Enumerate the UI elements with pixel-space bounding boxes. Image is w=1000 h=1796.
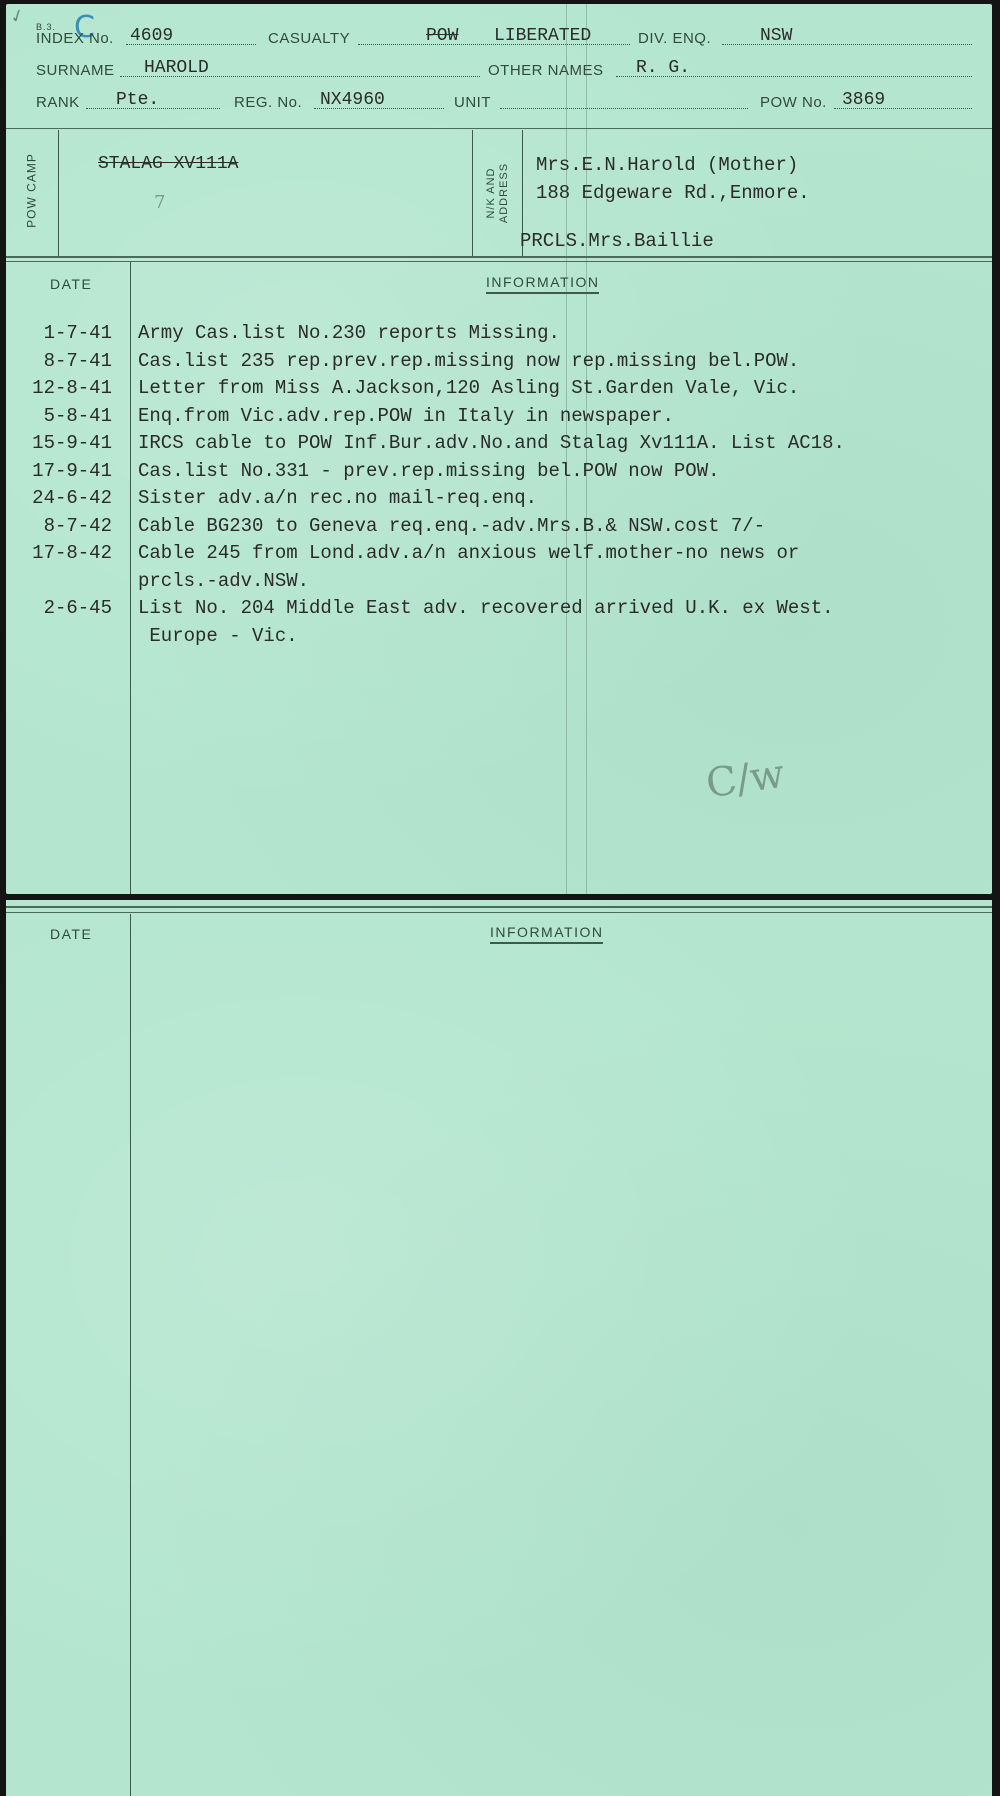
entry-date: 24-6-42 <box>6 487 112 509</box>
row-rank: RANK Pte. REG. No. NX4960 UNIT POW No. 3… <box>6 88 992 116</box>
entry-date: 5-8-41 <box>6 405 112 427</box>
nok-label-line2: ADDRESS <box>498 163 510 223</box>
entry-text: Letter from Miss A.Jackson,120 Asling St… <box>138 377 799 399</box>
div-enq-label: DIV. ENQ. <box>638 30 711 47</box>
div-enq-value: NSW <box>760 26 792 46</box>
reg-value: NX4960 <box>320 90 385 110</box>
entry-text: IRCS cable to POW Inf.Bur.adv.No.and Sta… <box>138 432 845 454</box>
divider-header <box>6 128 992 129</box>
pow-camp-label: POW CAMP <box>26 151 39 231</box>
entry-date: 2-6-45 <box>6 597 112 619</box>
pow-camp-divider <box>58 130 59 256</box>
row-index: INDEX No. 4609 CASUALTY POW LIBERATED DI… <box>6 24 992 52</box>
entry-text: Cable BG230 to Geneva req.enq.-adv.Mrs.B… <box>138 515 765 537</box>
casualty-value: LIBERATED <box>494 26 591 46</box>
entry-date: 8-7-41 <box>6 350 112 372</box>
surname-value: HAROLD <box>144 58 209 78</box>
back-information-header: INFORMATION <box>490 924 603 944</box>
information-header: INFORMATION <box>486 274 599 294</box>
casualty-struck: POW <box>426 26 458 46</box>
record-card-back: DATE INFORMATION <box>6 900 992 1796</box>
entry-text: List No. 204 Middle East adv. recovered … <box>138 597 834 619</box>
date-column-divider <box>130 262 131 894</box>
pow-no-value: 3869 <box>842 90 885 110</box>
back-divider-2 <box>6 912 992 913</box>
entry-text: Army Cas.list No.230 reports Missing. <box>138 322 560 344</box>
entry-date: 12-8-41 <box>6 377 112 399</box>
entry-date: 8-7-42 <box>6 515 112 537</box>
nok-divider-left <box>472 130 473 256</box>
entry-text: Sister adv.a/n rec.no mail-req.enq. <box>138 487 537 509</box>
rank-label: RANK <box>36 94 80 111</box>
nok-line2: 188 Edgeware Rd.,Enmore. <box>536 182 810 204</box>
unit-dots <box>500 108 748 109</box>
nok-line1: Mrs.E.N.Harold (Mother) <box>536 154 798 176</box>
casualty-label: CASUALTY <box>268 30 350 47</box>
divider-section-2 <box>6 261 992 262</box>
back-divider-1 <box>6 906 992 908</box>
entry-date: 1-7-41 <box>6 322 112 344</box>
entry-text: prcls.-adv.NSW. <box>138 570 309 592</box>
entry-date: 17-9-41 <box>6 460 112 482</box>
entry-date: 17-8-42 <box>6 542 112 564</box>
rank-value: Pte. <box>116 90 159 110</box>
entry-text: Enq.from Vic.adv.rep.POW in Italy in new… <box>138 405 674 427</box>
other-names-value: R. G. <box>636 58 690 78</box>
record-card-front: ✓ B.3. C INDEX No. 4609 CASUALTY POW LIB… <box>6 4 992 894</box>
unit-label: UNIT <box>454 94 491 111</box>
back-date-header: DATE <box>50 926 92 942</box>
entry-text: Cas.list No.331 - prev.rep.missing bel.P… <box>138 460 720 482</box>
nok-label: N/K AND ADDRESS <box>485 153 511 233</box>
pow-no-label: POW No. <box>760 94 827 111</box>
row-surname: SURNAME HAROLD OTHER NAMES R. G. <box>6 56 992 84</box>
initials: C/w <box>703 751 787 807</box>
reg-label: REG. No. <box>234 94 302 111</box>
nok-label-line1: N/K AND <box>485 168 497 219</box>
entry-text: Cable 245 from Lond.adv.a/n anxious welf… <box>138 542 799 564</box>
surname-label: SURNAME <box>36 62 115 79</box>
entry-text: Cas.list 235 rep.prev.rep.missing now re… <box>138 350 799 372</box>
entry-date: 15-9-41 <box>6 432 112 454</box>
pencil-mark: 7 <box>154 192 165 213</box>
entry-text: Europe - Vic. <box>138 625 298 647</box>
index-label: INDEX No. <box>36 30 114 47</box>
pow-camp-value: STALAG XV111A <box>98 154 238 174</box>
back-date-column-divider <box>130 914 131 1796</box>
divider-section-1 <box>6 256 992 258</box>
index-value: 4609 <box>130 26 173 46</box>
nok-parcels: PRCLS.Mrs.Baillie <box>520 230 714 252</box>
date-header: DATE <box>50 276 92 292</box>
